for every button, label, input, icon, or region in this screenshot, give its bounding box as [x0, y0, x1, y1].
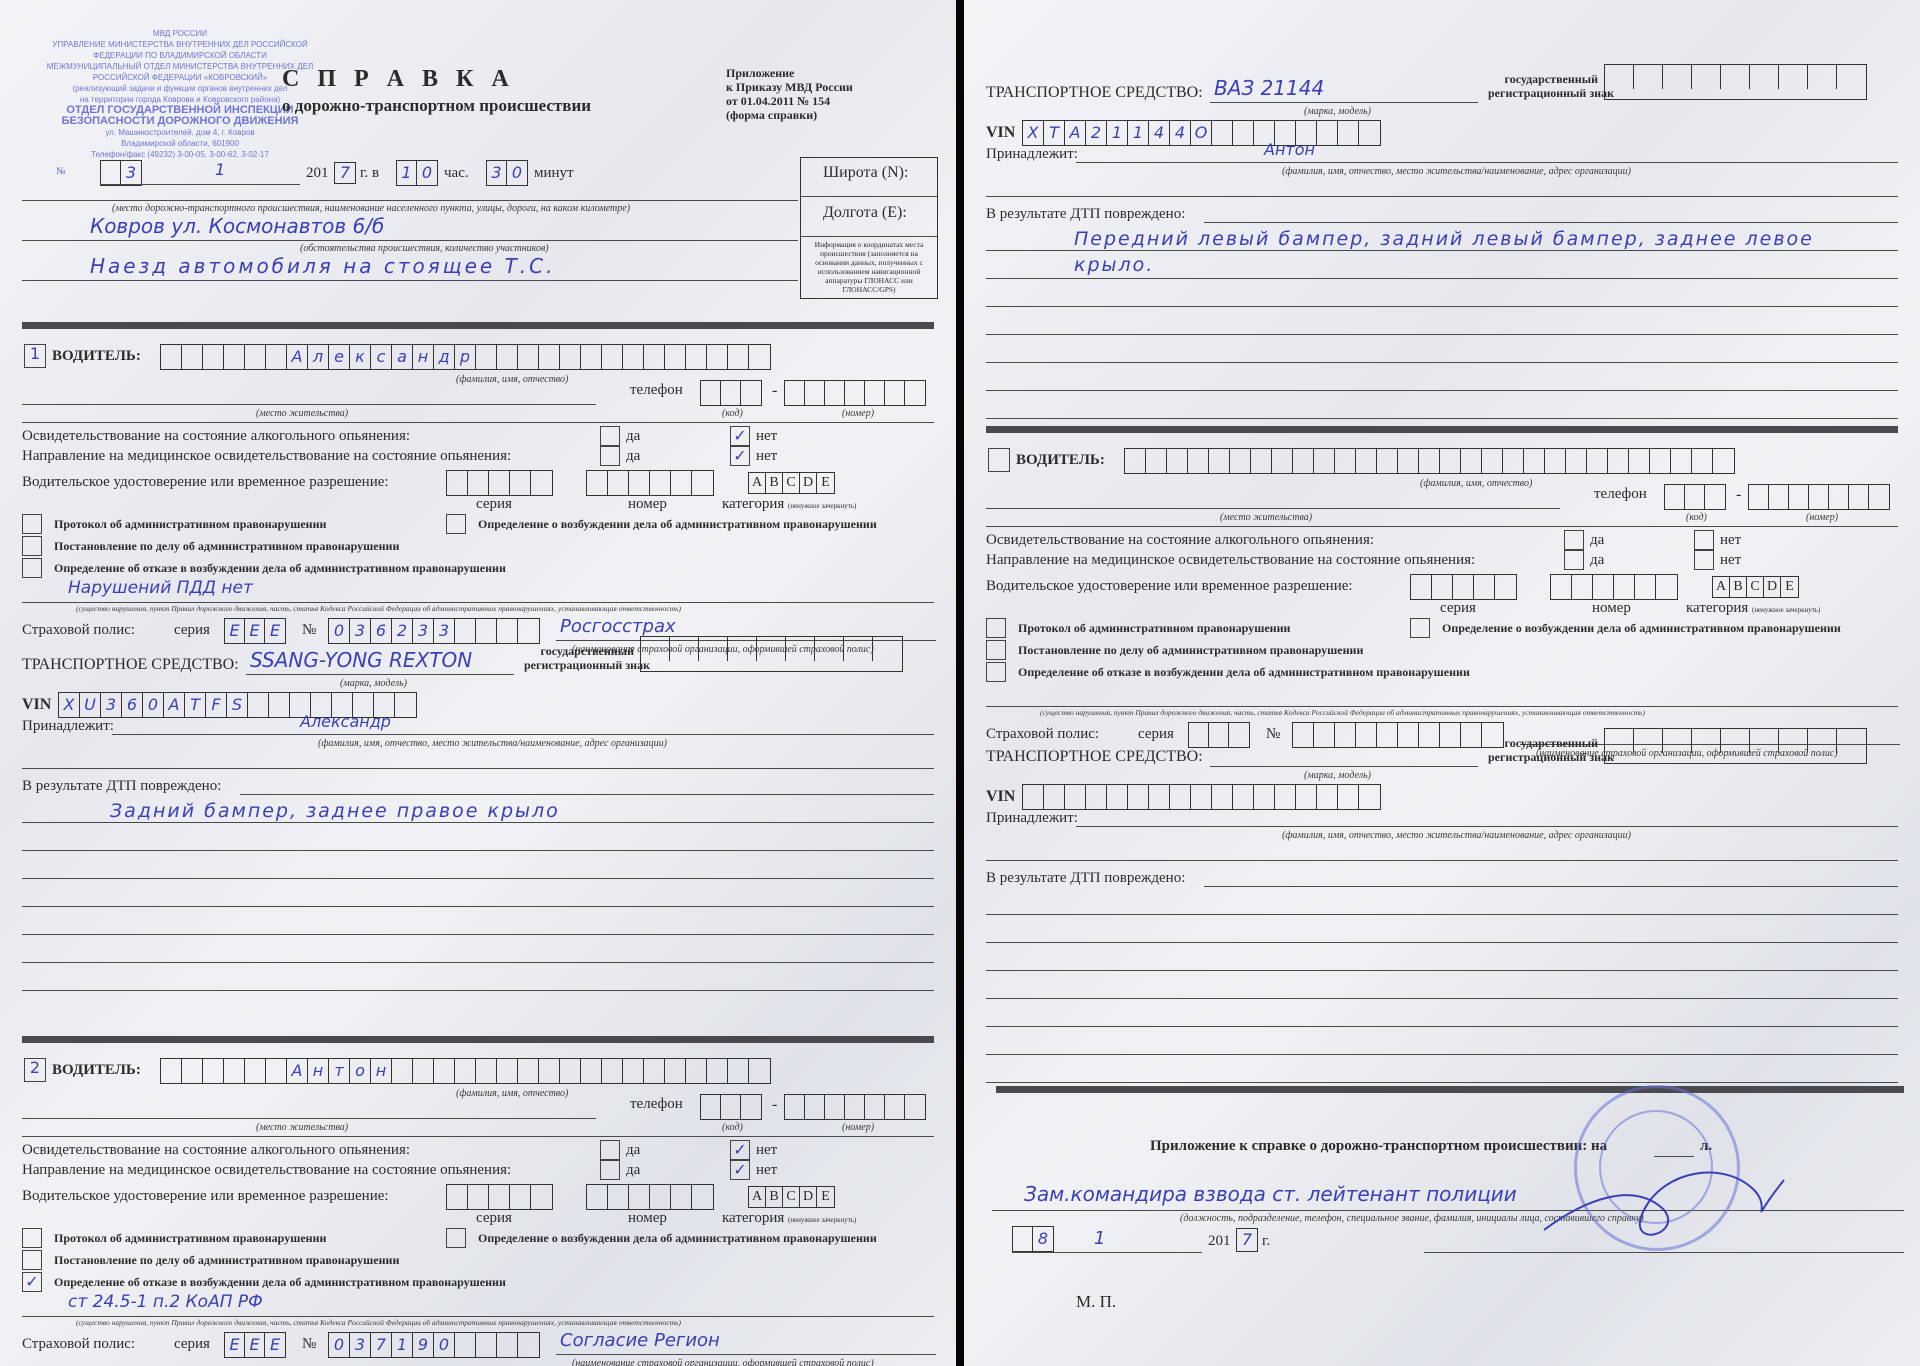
minute-boxes[interactable]: 30 — [486, 160, 528, 186]
fio-caption: (фамилия, имя, отчество) — [1420, 478, 1532, 489]
yes-label: да — [1590, 532, 1604, 549]
annex-line: к Приказу МВД России — [726, 80, 853, 94]
refusal-label: Определение об отказе в возбуждении дела… — [54, 1275, 506, 1290]
police-stamp: МВД РОССИИУПРАВЛЕНИЕ МИНИСТЕРСТВА ВНУТРЕ… — [30, 28, 330, 160]
page-title: С П Р А В К А — [282, 66, 515, 93]
p1-resolution-checkbox[interactable] — [22, 536, 42, 556]
stamp-line: ФЕДЕРАЦИИ ПО ВЛАДИМИРСКОЙ ОБЛАСТИ — [30, 50, 330, 61]
p3-protocol-checkbox[interactable] — [986, 618, 1006, 638]
category-E[interactable]: E — [817, 473, 834, 493]
fio-caption: (фамилия, имя, отчество) — [456, 1088, 568, 1099]
make-caption: (марка, модель) — [1304, 770, 1371, 781]
p3-medical-yes[interactable] — [1564, 550, 1584, 570]
p1-alcohol-no[interactable]: ✓ — [730, 426, 750, 446]
phone-code-caption: (код) — [1686, 512, 1707, 523]
license-label: Водительское удостоверение или временное… — [22, 474, 389, 491]
refusal-label: Определение об отказе в возбуждении дела… — [1018, 665, 1470, 680]
owner-caption: (фамилия, имя, отчество, место жительств… — [1282, 166, 1631, 177]
page-right: ТРАНСПОРТНОЕ СРЕДСТВО:ВАЗ 21144(марка, м… — [964, 0, 1920, 1366]
make-caption: (марка, модель) — [340, 678, 407, 689]
category-B[interactable]: B — [1730, 577, 1747, 597]
p2-owner[interactable]: Антон — [1264, 140, 1315, 159]
p1-damage[interactable]: Задний бампер, заднее правое крыло — [110, 798, 870, 824]
annex-line: от 01.04.2011 № 154 — [726, 94, 853, 108]
protocol-label: Протокол об административном правонаруше… — [54, 1231, 326, 1246]
hour-label: час. — [444, 165, 469, 182]
p1-medical-no[interactable]: ✓ — [730, 446, 750, 466]
owner-label: Принадлежит: — [22, 718, 114, 735]
category-C[interactable]: C — [783, 473, 800, 493]
circumstances-value[interactable]: Наезд автомобиля на стоящее Т.С. — [90, 254, 555, 278]
p2-license-series[interactable] — [446, 1184, 553, 1210]
category-B[interactable]: B — [766, 1187, 783, 1207]
plate-label-2: регистрационный знак — [1488, 750, 1598, 765]
p2-protocol-checkbox[interactable] — [22, 1228, 42, 1248]
series-label: серия — [1440, 600, 1476, 617]
p2-driver-label: ВОДИТЕЛЬ: — [52, 1062, 141, 1079]
officer-value[interactable]: Зам.командира взвода ст. лейтенант полиц… — [1024, 1182, 1517, 1206]
alcohol-test-label: Освидетельствование на состояние алкогол… — [22, 428, 410, 445]
p3-driver-name[interactable] — [1124, 448, 1735, 474]
phone-number-caption: (номер) — [842, 1122, 874, 1133]
vin-label: VIN — [986, 124, 1015, 142]
p2-vin[interactable]: XTA21144О — [1022, 120, 1381, 146]
no-label: нет — [1720, 552, 1741, 569]
stamp-line: ул. Машиностроителей, дом 4, г. Ковров — [30, 127, 330, 138]
number-label: номер — [1592, 600, 1631, 617]
p2-refusal-checkbox[interactable]: ✓ — [22, 1272, 42, 1292]
medical-test-label: Направление на медицинское освидетельств… — [986, 552, 1475, 569]
yes-label: да — [626, 428, 640, 445]
p2-insurance-number[interactable]: 037190 — [328, 1332, 540, 1358]
p3-license-category[interactable]: ABCDE — [1712, 576, 1799, 598]
year-prefix: 201 — [306, 165, 329, 182]
insurance-label: Страховой полис: — [22, 622, 135, 639]
p3-phone-code[interactable] — [1664, 484, 1726, 510]
insurance-series-label: серия — [174, 1336, 210, 1353]
p1-license-number[interactable] — [586, 470, 714, 496]
phone-dash: - — [1736, 486, 1741, 504]
insurer-caption: (наименование страховой организации, офо… — [572, 1358, 874, 1366]
owner-label: Принадлежит: — [986, 810, 1078, 827]
p2-insurance-series[interactable]: ЕЕЕ — [224, 1332, 286, 1358]
p3-license-number[interactable] — [1550, 574, 1678, 600]
p2-damage[interactable]: Передний левый бампер, задний левый бамп… — [1074, 226, 1834, 278]
yes-label: да — [626, 1162, 640, 1179]
stamp-number-label: № — [56, 166, 66, 177]
p2-license-category[interactable]: ABCDE — [748, 1186, 835, 1208]
day-boxes[interactable]: 3 — [100, 160, 142, 186]
category-label: категория (ненужное зачеркнуть) — [1686, 600, 1820, 617]
annex-line: (форма справки) — [726, 108, 853, 122]
vehicle-label: ТРАНСПОРТНОЕ СРЕДСТВО: — [22, 656, 239, 674]
p3-vin[interactable] — [1022, 784, 1381, 810]
footer-day-boxes[interactable]: 8 — [1012, 1226, 1054, 1252]
p1-plate-number[interactable] — [640, 636, 903, 672]
page-subtitle: о дорожно-транспортном происшествии — [282, 96, 591, 116]
category-D[interactable]: D — [800, 1187, 817, 1207]
medical-test-label: Направление на медицинское освидетельств… — [22, 1162, 511, 1179]
category-B[interactable]: B — [766, 473, 783, 493]
footer-year-digit[interactable]: 7 — [1236, 1228, 1258, 1252]
no-label: нет — [1720, 532, 1741, 549]
no-label: нет — [756, 428, 777, 445]
series-label: серия — [476, 496, 512, 513]
p3-refusal-checkbox[interactable] — [986, 662, 1006, 682]
violation-caption: (существо нарушения, пункт Правил дорожн… — [76, 1318, 681, 1327]
p1-vehicle-make[interactable]: SSANG-YONG REXTON — [250, 648, 472, 672]
p3-phone-number[interactable] — [1748, 484, 1890, 510]
p1-medical-yes[interactable] — [600, 446, 620, 466]
insurance-series-label: серия — [1138, 726, 1174, 743]
damage-label: В результате ДТП повреждено: — [22, 778, 221, 795]
number-label: номер — [628, 496, 667, 513]
damage-label: В результате ДТП повреждено: — [986, 206, 1185, 223]
no-label: нет — [756, 1162, 777, 1179]
minute-label: минут — [534, 165, 574, 182]
damage-label: В результате ДТП повреждено: — [986, 870, 1185, 887]
category-D[interactable]: D — [800, 473, 817, 493]
stamp-line: Телефон/факс (49232) 3-00-05, 3-00-62, 3… — [30, 149, 330, 160]
plate-label: государственный — [524, 644, 634, 659]
p3-plate-number[interactable] — [1604, 728, 1867, 764]
resolution-label: Постановление по делу об административно… — [54, 539, 399, 554]
license-label: Водительское удостоверение или временное… — [986, 578, 1353, 595]
p1-alcohol-yes[interactable] — [600, 426, 620, 446]
insurance-label: Страховой полис: — [22, 1336, 135, 1353]
plate-label: государственный — [1488, 736, 1598, 751]
category-D[interactable]: D — [1764, 577, 1781, 597]
p1-phone-number[interactable] — [784, 380, 926, 406]
yes-label: да — [626, 1142, 640, 1159]
vehicle-label: ТРАНСПОРТНОЕ СРЕДСТВО: — [986, 748, 1203, 766]
violation-caption: (существо нарушения, пункт Правил дорожн… — [1040, 708, 1645, 717]
page-divider — [956, 0, 964, 1366]
refusal-label: Определение об отказе в возбуждении дела… — [54, 561, 506, 576]
insurance-label: Страховой полис: — [986, 726, 1099, 743]
annex-note: Приложениек Приказу МВД Россииот 01.04.2… — [726, 66, 853, 122]
initiation-label: Определение о возбуждении дела об админи… — [1442, 621, 1841, 636]
stamp-line: УПРАВЛЕНИЕ МИНИСТЕРСТВА ВНУТРЕННИХ ДЕЛ Р… — [30, 39, 330, 50]
category-label: категория (ненужное зачеркнуть) — [722, 1210, 856, 1227]
p2-phone-number[interactable] — [784, 1094, 926, 1120]
stamp-line: БЕЗОПАСНОСТИ ДОРОЖНОГО ДВИЖЕНИЯ — [30, 116, 330, 127]
p3-initiation-checkbox[interactable] — [1410, 618, 1430, 638]
p2-license-number[interactable] — [586, 1184, 714, 1210]
license-label: Водительское удостоверение или временное… — [22, 1188, 389, 1205]
p2-violation[interactable]: ст 24.5-1 п.2 КоАП РФ — [68, 1292, 263, 1312]
series-label: серия — [476, 1210, 512, 1227]
footer-year-suffix: г. — [1262, 1233, 1270, 1250]
category-E[interactable]: E — [817, 1187, 834, 1207]
plate-label: государственный — [1488, 72, 1598, 87]
p3-alcohol-no[interactable] — [1694, 530, 1714, 550]
footer-month[interactable]: 1 — [1094, 1228, 1105, 1249]
circumstances-caption: (обстоятельства происшествия, количество… — [300, 243, 549, 254]
resolution-label: Постановление по делу об административно… — [1018, 643, 1363, 658]
phone-label: телефон — [1594, 486, 1647, 503]
phone-label: телефон — [630, 1096, 683, 1113]
p1-phone-code[interactable] — [700, 380, 762, 406]
p3-alcohol-yes[interactable] — [1564, 530, 1584, 550]
p1-violation[interactable]: Нарушений ПДД нет — [68, 578, 253, 598]
p3-driver-label: ВОДИТЕЛЬ: — [1016, 452, 1105, 469]
p2-resolution-checkbox[interactable] — [22, 1250, 42, 1270]
year-digit-box[interactable]: 7 — [334, 162, 356, 184]
p1-insurer[interactable]: Росгосстрах — [560, 616, 676, 637]
p1-index-box[interactable]: 1 — [24, 344, 46, 368]
vehicle-label: ТРАНСПОРТНОЕ СРЕДСТВО: — [986, 84, 1203, 102]
p1-refusal-checkbox[interactable] — [22, 558, 42, 578]
owner-label: Принадлежит: — [986, 146, 1078, 163]
phone-number-caption: (номер) — [842, 408, 874, 419]
phone-dash: - — [772, 382, 777, 400]
medical-test-label: Направление на медицинское освидетельств… — [22, 448, 511, 465]
footer-year-prefix: 201 — [1208, 1233, 1231, 1250]
insurance-no-label: № — [302, 622, 316, 639]
category-A[interactable]: A — [749, 1187, 766, 1207]
p2-vehicle-make[interactable]: ВАЗ 21144 — [1214, 76, 1324, 100]
p3-insurance-number[interactable] — [1292, 722, 1504, 748]
p2-initiation-checkbox[interactable] — [446, 1228, 466, 1248]
residence-caption: (место жительства) — [256, 1122, 348, 1133]
insurance-no-label: № — [302, 1336, 316, 1353]
p1-driver-label: ВОДИТЕЛЬ: — [52, 348, 141, 365]
place-value[interactable]: Ковров ул. Космонавтов 6/б — [90, 214, 384, 238]
make-caption: (марка, модель) — [1304, 106, 1371, 117]
fio-caption: (фамилия, имя, отчество) — [456, 374, 568, 385]
stamp-line: Владимирской области, 601900 — [30, 138, 330, 149]
p1-owner[interactable]: Александр — [300, 712, 391, 731]
p3-license-series[interactable] — [1410, 574, 1517, 600]
residence-caption: (место жительства) — [1220, 512, 1312, 523]
plate-label-2: регистрационный знак — [524, 658, 634, 673]
p1-license-category[interactable]: ABCDE — [748, 472, 835, 494]
p1-protocol-checkbox[interactable] — [22, 514, 42, 534]
plate-label-2: регистрационный знак — [1488, 86, 1598, 101]
p3-resolution-checkbox[interactable] — [986, 640, 1006, 660]
p2-medical-yes[interactable] — [600, 1160, 620, 1180]
no-label: нет — [756, 448, 777, 465]
yes-label: да — [1590, 552, 1604, 569]
vin-label: VIN — [22, 696, 51, 714]
residence-caption: (место жительства) — [256, 408, 348, 419]
hour-boxes[interactable]: 10 — [396, 160, 438, 186]
p2-insurer[interactable]: Согласие Регион — [560, 1330, 720, 1351]
p3-medical-no[interactable] — [1694, 550, 1714, 570]
p2-alcohol-no[interactable]: ✓ — [730, 1140, 750, 1160]
p3-index-box[interactable] — [988, 448, 1010, 472]
phone-label: телефон — [630, 382, 683, 399]
p1-initiation-checkbox[interactable] — [446, 514, 466, 534]
annex-line: Приложение — [726, 66, 853, 80]
insurance-series-label: серия — [174, 622, 210, 639]
alcohol-test-label: Освидетельствование на состояние алкогол… — [22, 1142, 410, 1159]
p2-index-box[interactable]: 2 — [24, 1058, 46, 1082]
year-label: г. в — [360, 165, 379, 182]
protocol-label: Протокол об административном правонаруше… — [54, 517, 326, 532]
category-label: категория (ненужное зачеркнуть) — [722, 496, 856, 513]
vin-label: VIN — [986, 788, 1015, 806]
resolution-label: Постановление по делу об административно… — [54, 1253, 399, 1268]
longitude-label: Долгота (E): — [823, 204, 907, 222]
p3-insurance-series[interactable] — [1188, 722, 1250, 748]
protocol-label: Протокол об административном правонаруше… — [1018, 621, 1290, 636]
p1-license-series[interactable] — [446, 470, 553, 496]
p1-insurance-number[interactable]: 036233 — [328, 618, 540, 644]
p2-phone-code[interactable] — [700, 1094, 762, 1120]
number-label: номер — [628, 1210, 667, 1227]
phone-code-caption: (код) — [722, 408, 743, 419]
initiation-label: Определение о возбуждении дела об админи… — [478, 1231, 877, 1246]
p1-insurance-series[interactable]: ЕЕЕ — [224, 618, 286, 644]
alcohol-test-label: Освидетельствование на состояние алкогол… — [986, 532, 1374, 549]
yes-label: да — [626, 448, 640, 465]
seal-place-label: М. П. — [1076, 1292, 1116, 1312]
owner-caption: (фамилия, имя, отчество, место жительств… — [318, 738, 667, 749]
coordinates-box: Широта (N): Долгота (E): Информация о ко… — [800, 157, 938, 299]
p2-plate-number[interactable] — [1604, 64, 1867, 100]
category-A[interactable]: A — [1713, 577, 1730, 597]
category-A[interactable]: A — [749, 473, 766, 493]
month-value[interactable]: 1 — [215, 160, 225, 179]
place-caption: (место дорожно-транспортного происшестви… — [112, 203, 630, 214]
p2-alcohol-yes[interactable] — [600, 1140, 620, 1160]
phone-number-caption: (номер) — [1806, 512, 1838, 523]
p2-driver-name[interactable]: Антон — [160, 1058, 771, 1084]
owner-caption: (фамилия, имя, отчество, место жительств… — [1282, 830, 1631, 841]
phone-code-caption: (код) — [722, 1122, 743, 1133]
insurance-no-label: № — [1266, 726, 1280, 743]
coordinates-note: Информация о координатах места происшест… — [805, 240, 933, 294]
p1-driver-name[interactable]: Александр — [160, 344, 771, 370]
no-label: нет — [756, 1142, 777, 1159]
violation-caption: (существо нарушения, пункт Правил дорожн… — [76, 604, 681, 613]
category-C[interactable]: C — [1747, 577, 1764, 597]
latitude-label: Широта (N): — [823, 164, 908, 182]
initiation-label: Определение о возбуждении дела об админи… — [478, 517, 877, 532]
p2-medical-no[interactable]: ✓ — [730, 1160, 750, 1180]
phone-dash: - — [772, 1096, 777, 1114]
category-E[interactable]: E — [1781, 577, 1798, 597]
signature-icon — [1524, 1140, 1824, 1260]
category-C[interactable]: C — [783, 1187, 800, 1207]
stamp-line: МВД РОССИИ — [30, 28, 330, 39]
page-left: МВД РОССИИУПРАВЛЕНИЕ МИНИСТЕРСТВА ВНУТРЕ… — [0, 0, 956, 1366]
